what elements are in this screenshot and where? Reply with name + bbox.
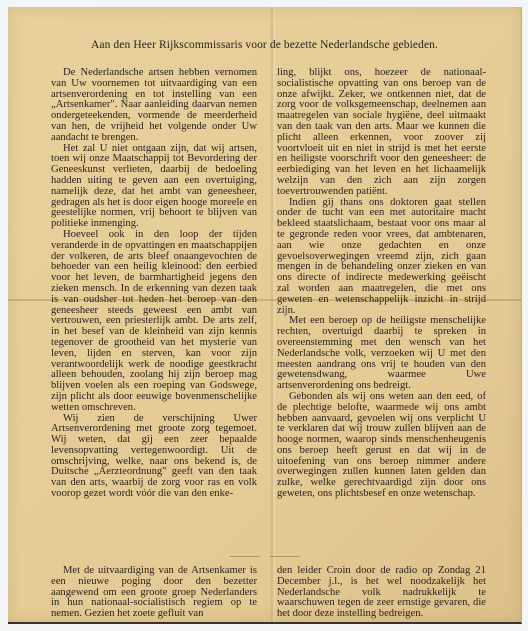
paragraph: Gebonden als wij ons weten aan den eed, …: [277, 392, 486, 500]
paragraph: Het zal U niet ontgaan zijn, dat wij art…: [51, 144, 257, 230]
right-column: ling, blijkt ons, hoezeer de nationaal-s…: [277, 68, 486, 500]
paragraph: Met de uitvaardiging van de Artsenkamer …: [51, 566, 257, 620]
bottom-left-section: Met de uitvaardiging van de Artsenkamer …: [51, 566, 257, 620]
left-column: De Nederlandsche artsen hebben vernomen …: [51, 68, 257, 500]
paragraph: Indien gij thans ons doktoren gaat stell…: [277, 198, 486, 317]
paragraph: Wij zien de verschijning Uwer Artsenvero…: [51, 414, 257, 500]
divider: [230, 556, 260, 557]
bottom-right-section: den leider Croin door de radio op Zondag…: [277, 566, 486, 620]
paragraph: ling, blijkt ons, hoezeer de nationaal-s…: [277, 68, 486, 198]
paragraph: De Nederlandsche artsen hebben vernomen …: [51, 68, 257, 144]
letter-page: Aan den Heer Rijkscommissaris voor de be…: [8, 7, 522, 624]
divider: [270, 556, 300, 557]
vertical-fold-crease: [270, 7, 276, 622]
paragraph: den leider Croin door de radio op Zondag…: [277, 566, 486, 620]
paragraph: Met een beroep op de heiligste menscheli…: [277, 316, 486, 392]
letter-title: Aan den Heer Rijkscommissaris voor de be…: [8, 39, 521, 51]
paragraph: Hoeveel ook in den loop der tijden veran…: [51, 230, 257, 414]
